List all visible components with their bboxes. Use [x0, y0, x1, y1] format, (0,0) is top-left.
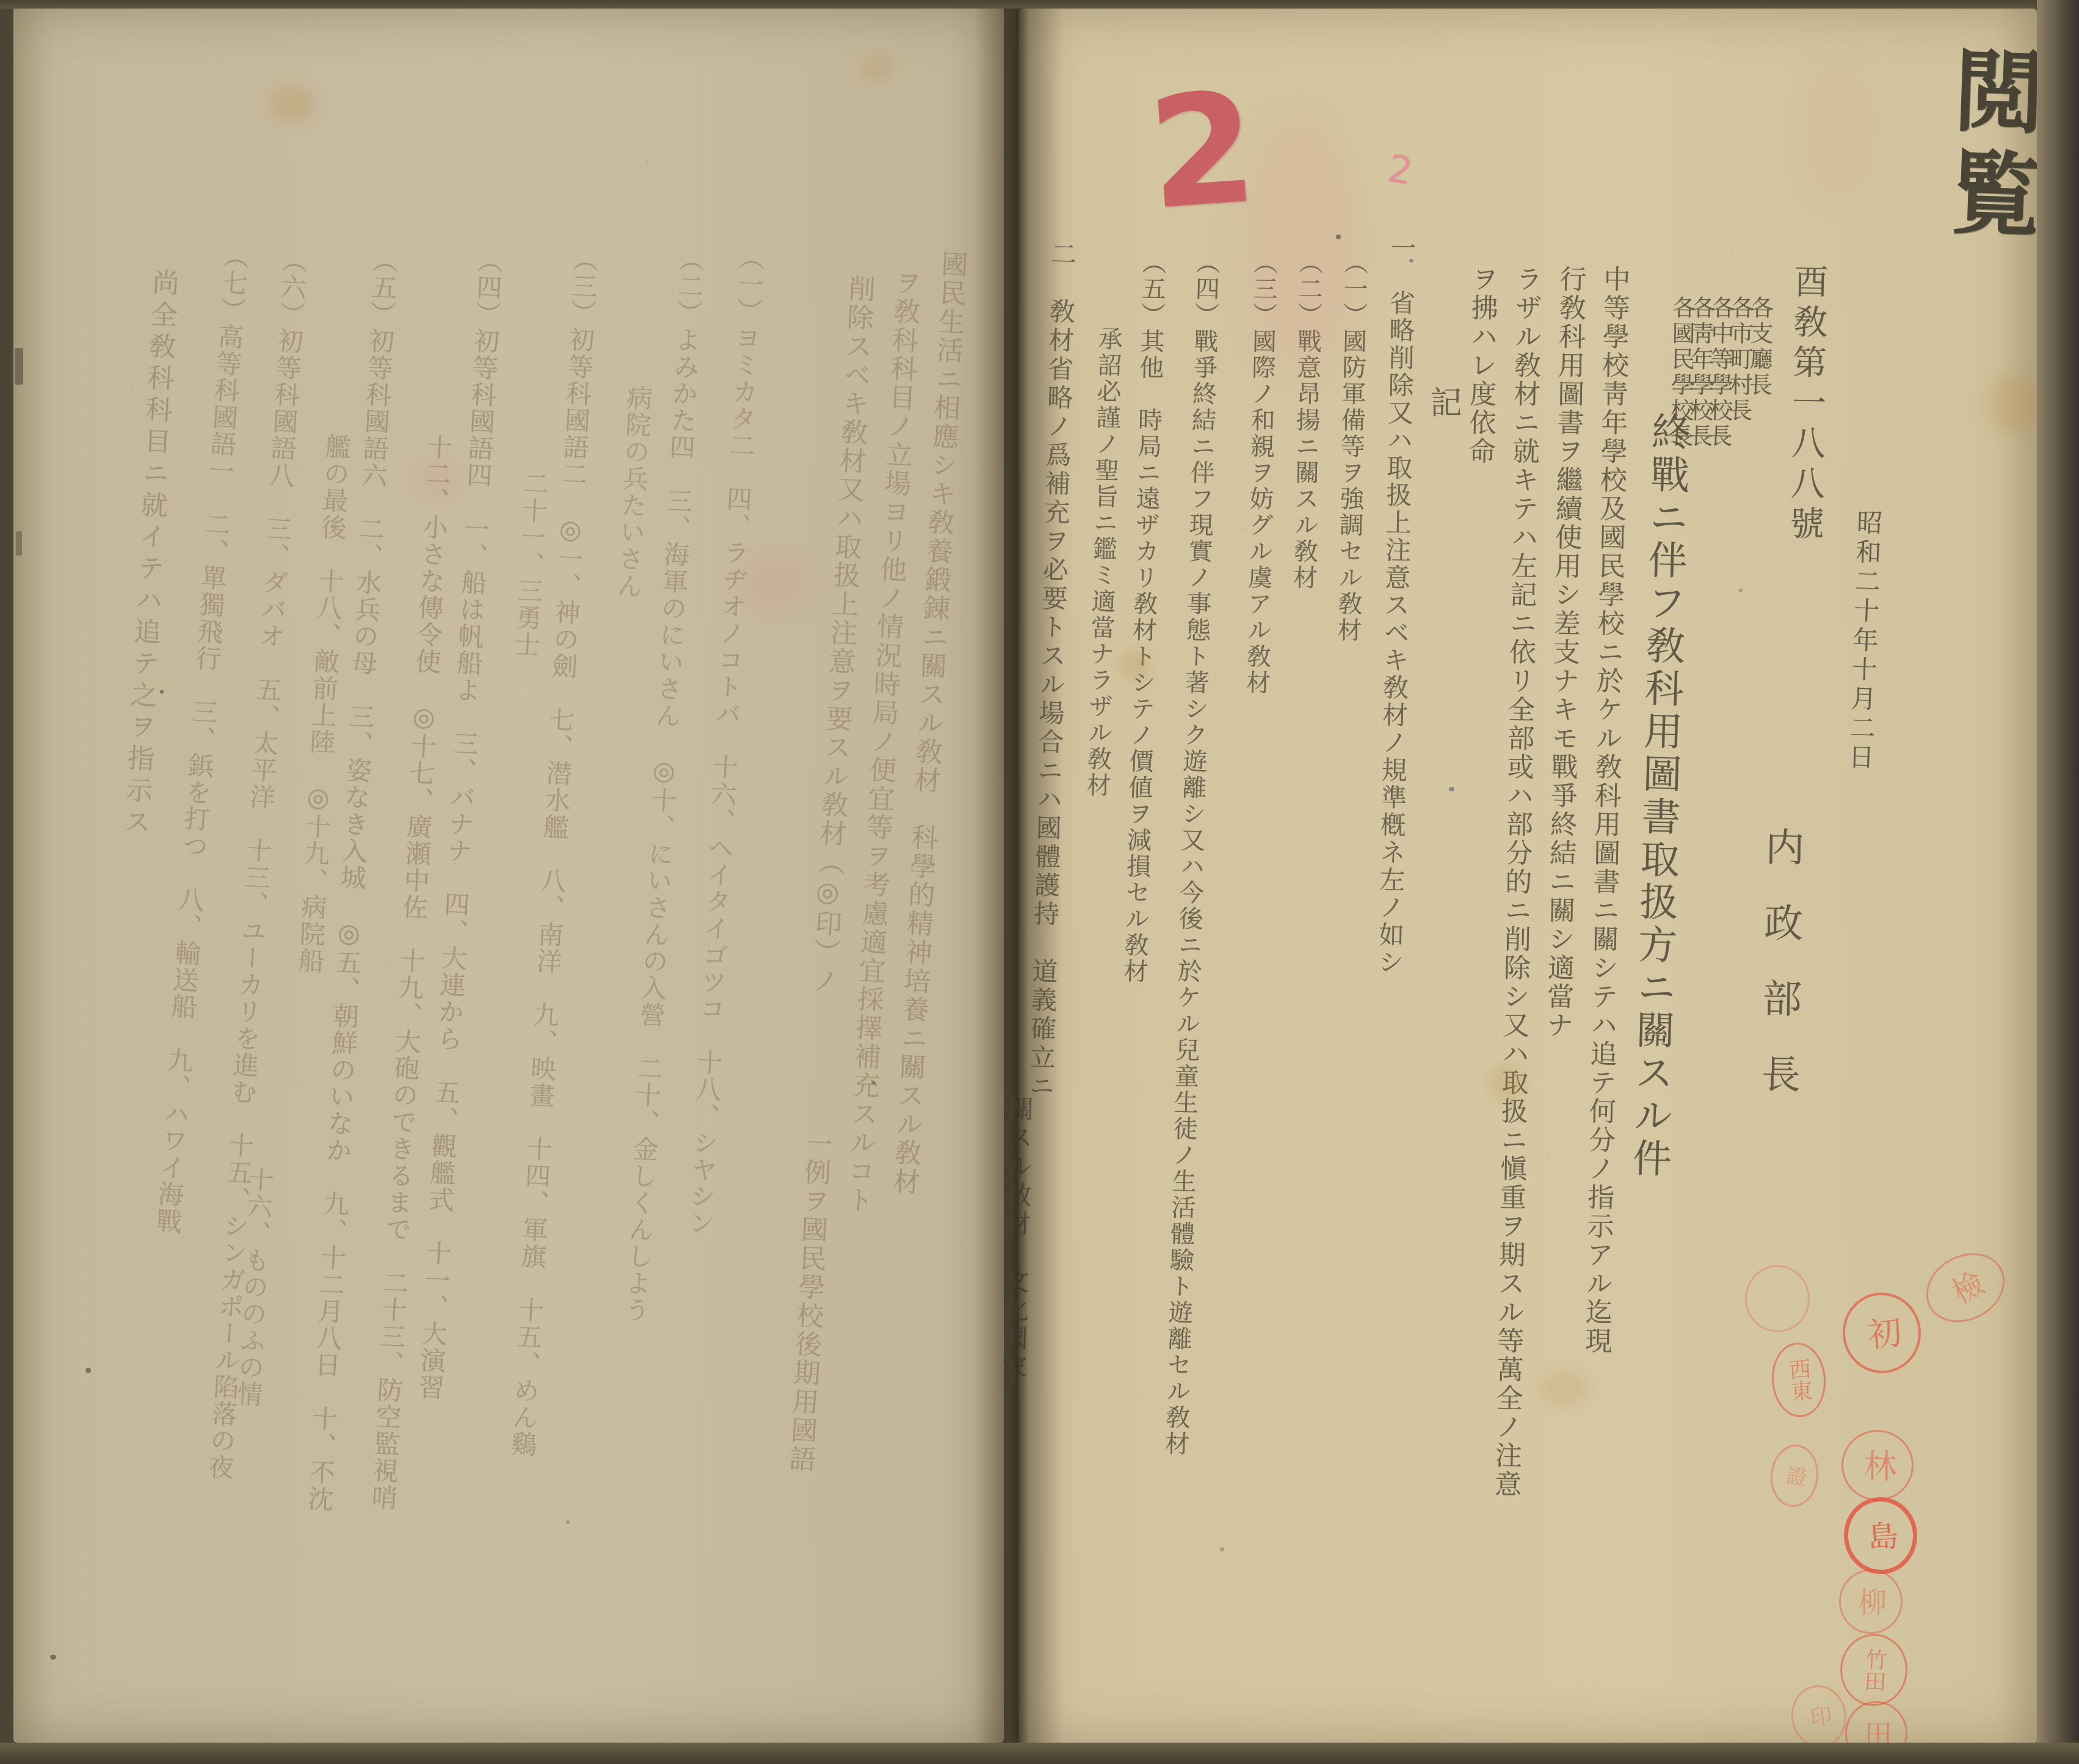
- paper-speck: [50, 1655, 56, 1660]
- doc-number: 酉敎第一八八號: [1779, 263, 1833, 546]
- list-item-2b: 病院の兵たいさん: [609, 383, 657, 600]
- cover-bottom-edge: [0, 1743, 2079, 1764]
- sender-signature: 内政部長: [1748, 826, 1810, 1130]
- subject-title: 終戰ニ伴フ敎科用圖書取扱方ニ關スル件: [1620, 411, 1696, 1181]
- criteria-1: （一）國防軍備等ヲ強調セル敎材: [1330, 250, 1372, 644]
- criteria-4: （四）戰爭終結ニ伴フ現實ノ事態ト著シク遊離シ又ハ今後ニ於ケル兒童生徒ノ生活體驗ト…: [1158, 249, 1224, 1457]
- paper-speck: [1739, 589, 1743, 592]
- page-number-small: 2: [1385, 146, 1417, 194]
- list-marker: 記: [1420, 386, 1466, 418]
- seal-nishihigashi: 西東: [1769, 1341, 1828, 1419]
- right-page: 閲覧22酉敎第一八八號昭和二十年十月二日各支廳長各市町村長各中等學校長各靑年學校…: [1018, 9, 2037, 1744]
- edge-text-sliver: [16, 531, 22, 556]
- circulation-note: 閲覧: [1922, 42, 2059, 251]
- criteria-5b: 承詔必謹ノ聖旨ニ鑑ミ適當ナラザル敎材: [1079, 325, 1127, 799]
- foxing-spot: [1989, 375, 2038, 433]
- list-item-3: （三）初等科國語二 ◎一、神の劍 七、潜水艦 八、南洋 九、映畫 十四、軍旗 十…: [503, 245, 603, 1458]
- closing-note: 尚全敎科科目ニ就イテハ追テ之ヲ指示ス: [114, 267, 183, 840]
- scanned-document-spread: 國民生活ニ相應シキ敎養鍛錬ニ關スル敎材 科學的精神培養ニ關スル敎材ヲ敎科科目ノ立…: [0, 0, 2079, 1764]
- page-number-large: 2: [1143, 59, 1261, 243]
- paper-speck: [85, 1368, 91, 1373]
- seal-inspect: 檢: [1914, 1240, 2017, 1336]
- seal-ta: 田: [1845, 1701, 1907, 1764]
- foxing-spot: [270, 85, 313, 122]
- seal-partial: [1745, 1265, 1810, 1332]
- seal-small-2: 印: [1787, 1682, 1850, 1751]
- edge-text-sliver: [15, 348, 23, 385]
- seal-takeda: 竹田: [1838, 1632, 1909, 1708]
- seal-shima: 島: [1841, 1495, 1920, 1577]
- foxing-spot: [862, 55, 893, 82]
- paper-speck: [1220, 1547, 1224, 1552]
- page-stack-right-edge: [2037, 0, 2079, 1764]
- continuation-4: 一例ヲ國民學校後期用國語: [780, 1128, 836, 1475]
- seal-small-1: 證: [1768, 1442, 1821, 1509]
- supplement-1: 二 敎材省略ノ爲補充ヲ必要トスル場合ニハ國體護持 道義確立ニ: [1021, 240, 1081, 1102]
- pink-smudge: [1800, 64, 1873, 198]
- body-line-2: 行敎科用圖書ヲ繼續使用シ差支ナキモ戰爭終結ニ關シ適當ナ: [1537, 264, 1590, 1040]
- paper-speck: [1336, 234, 1341, 239]
- foxing-spot: [1537, 1370, 1589, 1407]
- criteria-3: （三）國際ノ和親ヲ妨グル虞アル敎材: [1239, 250, 1282, 697]
- seal-yanagi: 柳: [1839, 1569, 1903, 1634]
- doc-date: 昭和二十年十月二日: [1841, 509, 1887, 774]
- paper-speck: [1449, 787, 1454, 791]
- criteria-head: 一 省略削除又ハ取扱上注意スベキ敎材ノ規準槪ネ左ノ如シ: [1371, 234, 1420, 976]
- supplement-2: 關スル敎材 文化國家: [994, 1095, 1038, 1382]
- body-line-4: ヲ拂ハレ度依命: [1459, 264, 1502, 466]
- paper-speck: [566, 1520, 570, 1524]
- left-page: 國民生活ニ相應シキ敎養鍛錬ニ關スル敎材 科學的精神培養ニ關スル敎材ヲ敎科科目ノ立…: [13, 6, 1004, 1743]
- criteria-2: （二）戰意昂揚ニ關スル敎材: [1286, 250, 1327, 592]
- seal-hayashi: 林: [1841, 1430, 1914, 1501]
- seal-hatsu: 初: [1838, 1289, 1925, 1377]
